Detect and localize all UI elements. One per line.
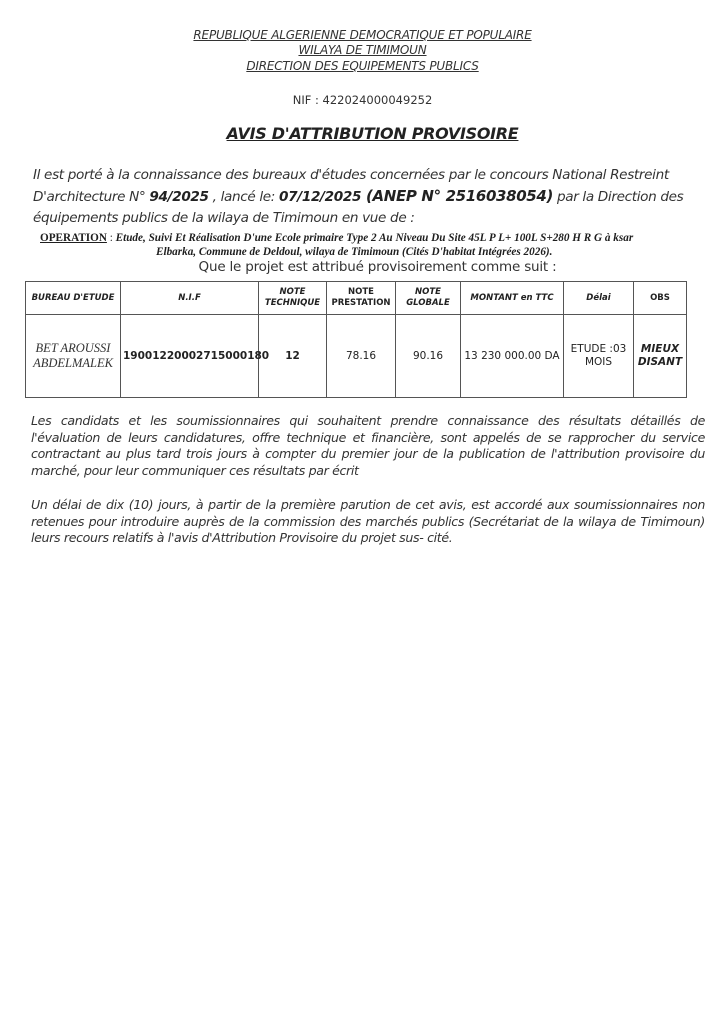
launch-date: 07/12/2025 (279, 189, 361, 205)
header-wilaya: WILAYA DE TIMIMOUN (0, 43, 725, 58)
col-note-technique: NOTE TECHNIQUE (259, 282, 327, 315)
col-nif: N.I.F (121, 282, 259, 315)
intro-paragraph: Il est porté à la connaissance des burea… (33, 165, 693, 229)
table-header-row: BUREAU D'ETUDE N.I.F NOTE TECHNIQUE NOTE… (26, 282, 687, 315)
results-table: BUREAU D'ETUDE N.I.F NOTE TECHNIQUE NOTE… (25, 281, 687, 398)
col-obs: OBS (634, 282, 687, 315)
results-info-paragraph: Les candidats et les soumissionnaires qu… (31, 413, 705, 479)
cell-nif: 19001220002715000180 (121, 315, 259, 398)
anep-number: 2516038054) (446, 187, 553, 205)
attribution-line: Que le projet est attribué provisoiremen… (0, 259, 725, 275)
appeal-deadline-paragraph: Un délai de dix (10) jours, à partir de … (31, 497, 705, 547)
cell-obs: MIEUX DISANT (634, 315, 687, 398)
operation-line-2: Elbarka, Commune de Deldoul, wilaya de T… (40, 245, 690, 259)
anep-label: (ANEP N° (361, 187, 445, 205)
operation-label: OPERATION (40, 232, 107, 244)
col-delai: Délai (564, 282, 634, 315)
concours-number: 94/2025 (149, 189, 208, 205)
header-republique: REPUBLIQUE ALGERIENNE DEMOCRATIQUE ET PO… (0, 28, 725, 43)
page-title: AVIS D'ATTRIBUTION PROVISOIRE (0, 124, 725, 143)
intro-text-2: , lancé le: (209, 189, 279, 205)
cell-montant: 13 230 000.00 DA (461, 315, 564, 398)
header-nif: NIF : 422024000049252 (0, 93, 725, 107)
table-row: BET AROUSSI ABDELMALEK 19001220002715000… (26, 315, 687, 398)
operation-block: OPERATION : Etude, Suivi Et Réalisation … (40, 231, 690, 259)
cell-note-globale: 90.16 (396, 315, 461, 398)
header-direction: DIRECTION DES EQUIPEMENTS PUBLICS (0, 59, 725, 74)
operation-line-1: Etude, Suivi Et Réalisation D'une Ecole … (116, 232, 634, 244)
col-note-prestation: NOTE PRESTATION (327, 282, 396, 315)
col-note-globale: NOTE GLOBALE (396, 282, 461, 315)
cell-delai: ETUDE :03 MOIS (564, 315, 634, 398)
col-montant: MONTANT en TTC (461, 282, 564, 315)
cell-bureau: BET AROUSSI ABDELMALEK (26, 315, 121, 398)
col-bureau: BUREAU D'ETUDE (26, 282, 121, 315)
operation-separator: : (107, 232, 116, 244)
cell-note-prestation: 78.16 (327, 315, 396, 398)
